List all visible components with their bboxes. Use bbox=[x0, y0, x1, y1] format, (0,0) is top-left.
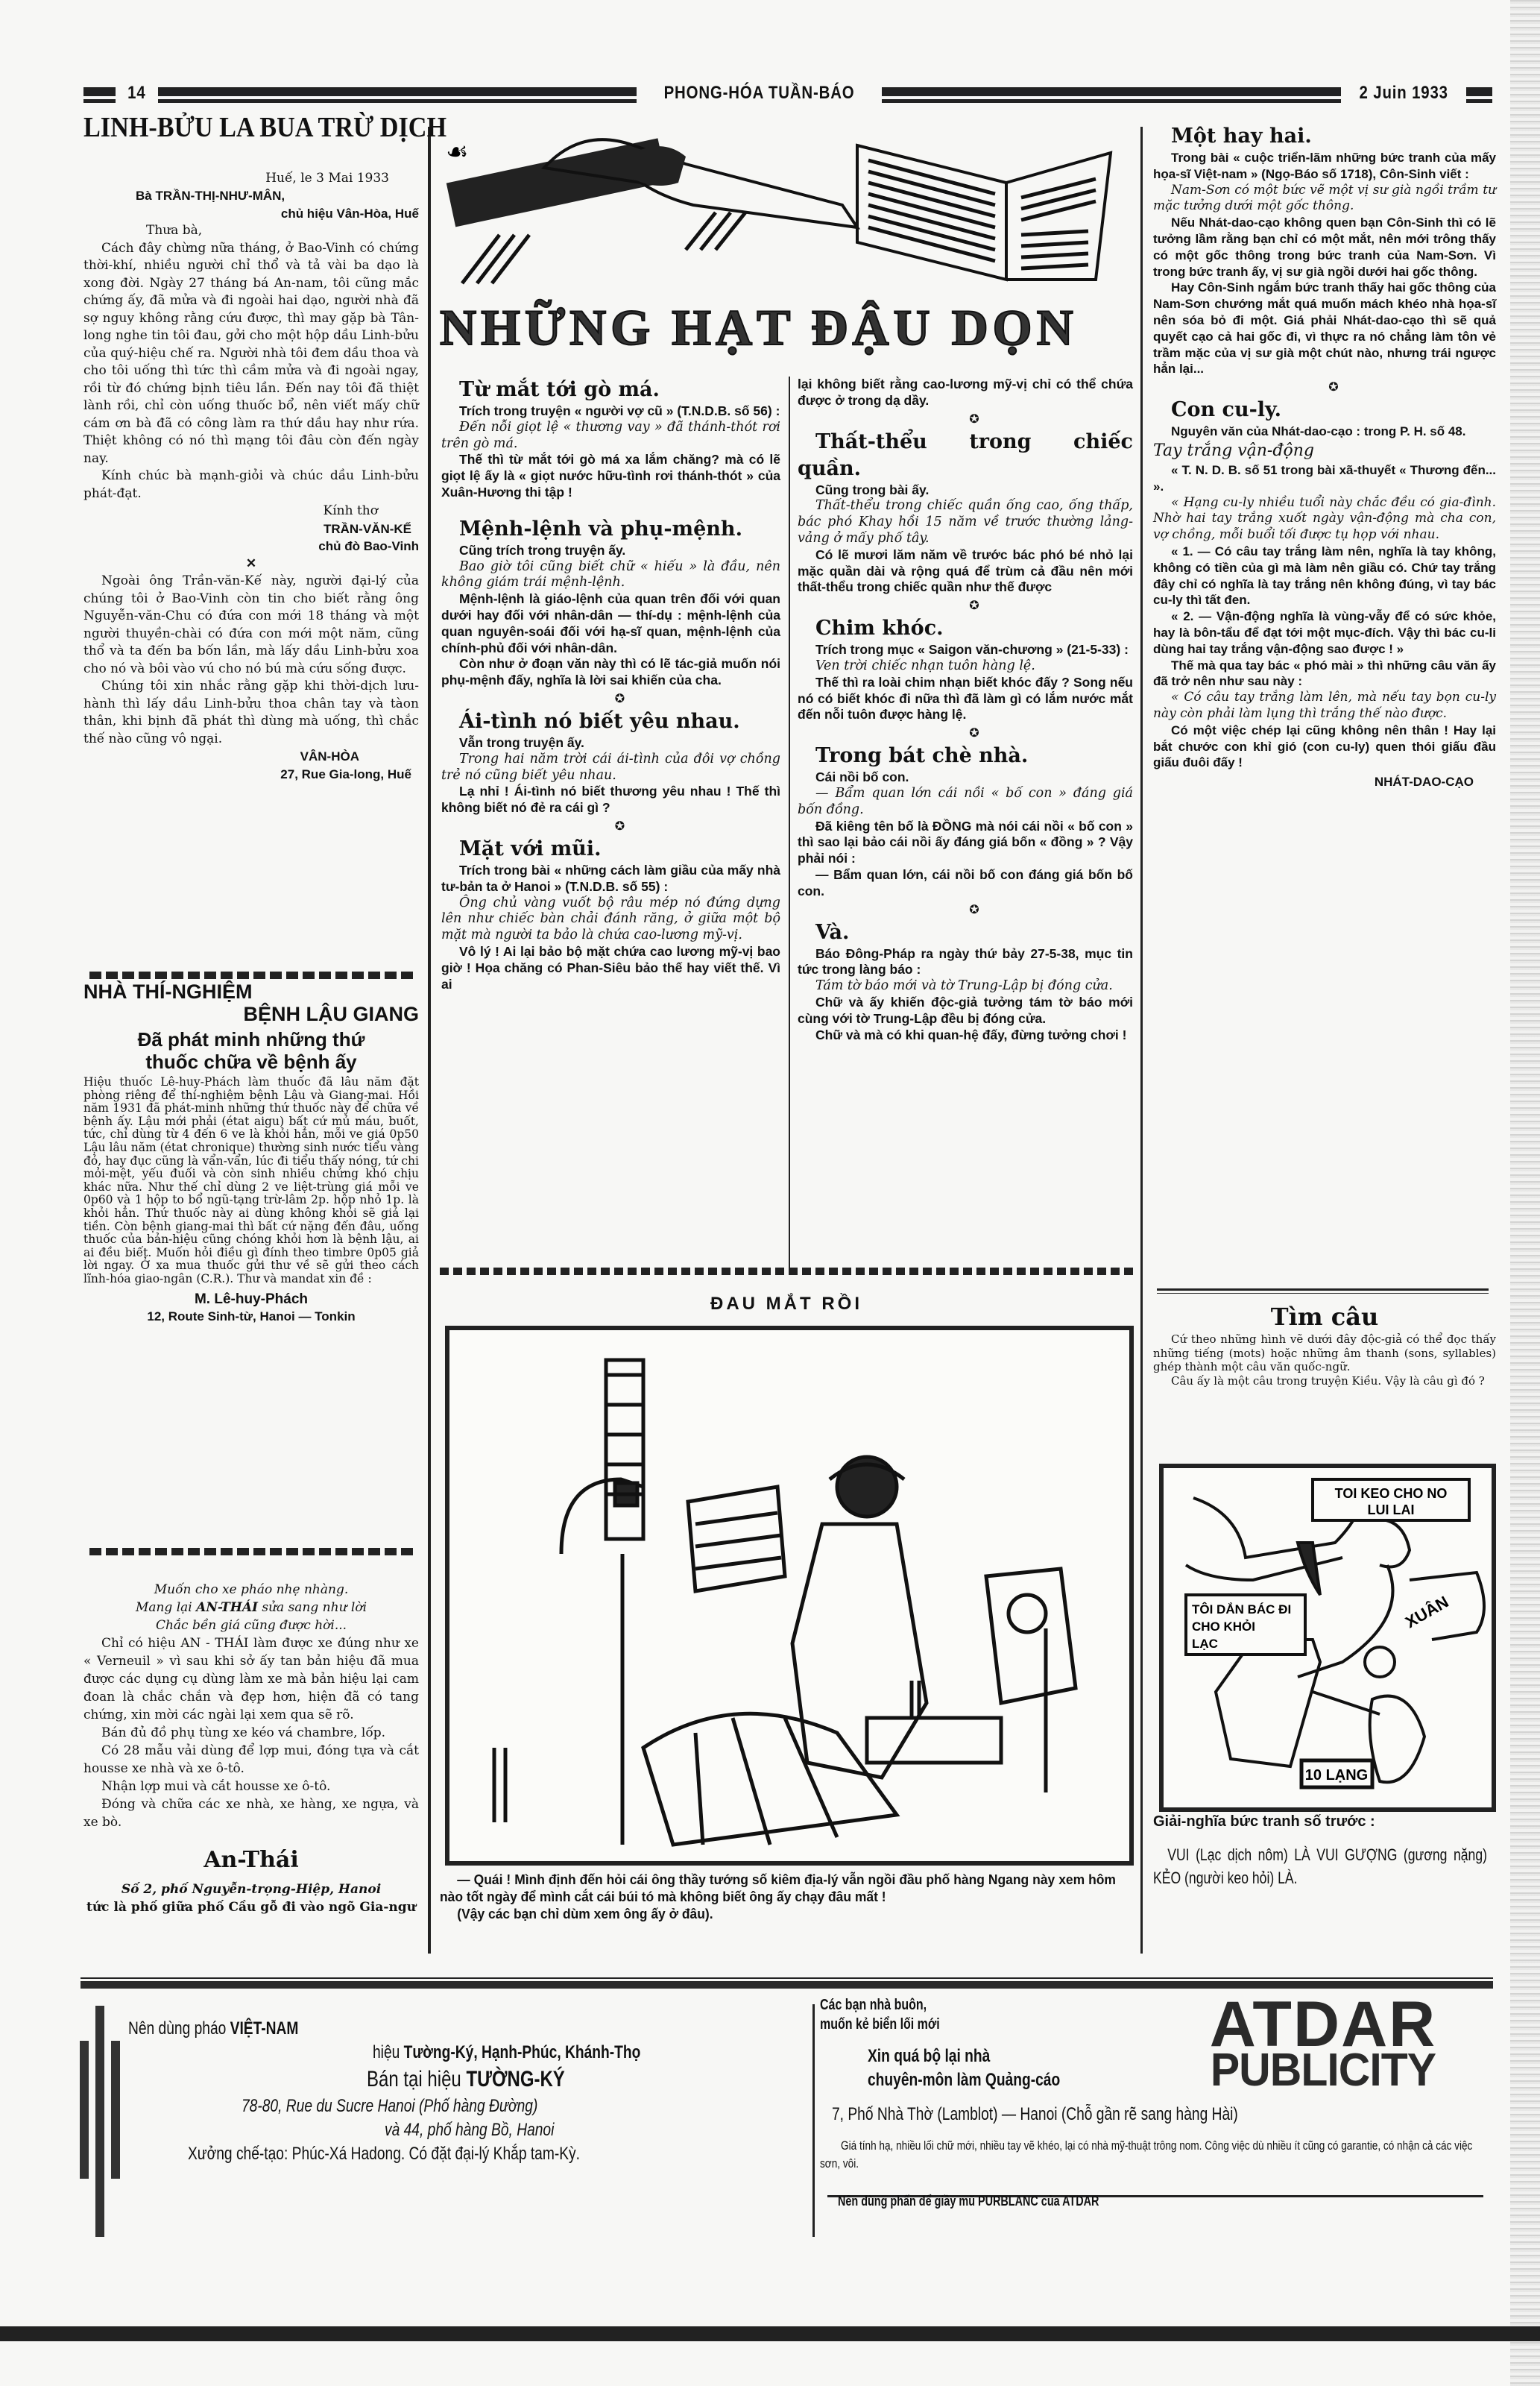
rebus-drawing: TOI KEO CHO NO LUI LAI TÔI DẮN BÁC ĐI CH… bbox=[1164, 1468, 1492, 1807]
item-cite: « T. N. D. B. số 51 trong bài xã-thuyết … bbox=[1153, 462, 1496, 495]
item-source: Cái nồi bố con. bbox=[798, 769, 1133, 786]
feature-item: Ái-tình nó biết yêu nhau. Vẫn trong truy… bbox=[441, 708, 780, 816]
ad-intro: muốn kẻ biển lối mới bbox=[820, 2015, 999, 2034]
item-quote: Tám tờ báo mới và tờ Trung-Lập bị đóng c… bbox=[798, 978, 1133, 995]
cartoon-title: ĐAU MẮT RỒI bbox=[440, 1294, 1133, 1315]
header-rule bbox=[158, 87, 637, 99]
item-source: Báo Đông-Pháp ra ngày thứ bảy 27-5-38, m… bbox=[798, 946, 1133, 979]
item-comment: Thế thì từ mắt tới gò má xa lắm chăng? m… bbox=[441, 452, 780, 500]
item-source: Vẫn trong truyện ấy. bbox=[441, 735, 780, 752]
ornament-icon: ✪ bbox=[441, 689, 780, 708]
ad-contact-address: 12, Route Sinh-từ, Hanoi — Tonkin bbox=[83, 1308, 419, 1326]
section-rule bbox=[89, 972, 417, 979]
publication-title: PHONG-HÓA TUẦN-BÁO bbox=[664, 83, 855, 104]
section-rule bbox=[89, 1548, 417, 1555]
cartoon-caption-dialogue: — Quái ! Mình định đến hỏi cái ông thầy … bbox=[440, 1872, 1116, 1906]
item-quote: Ông chủ vàng vuốt bộ râu mép nó đứng dựn… bbox=[441, 895, 780, 944]
feature-item: Mệnh-lệnh và phụ-mệnh. Cũng trích trong … bbox=[441, 516, 780, 689]
letter-closing: Kính thơ bbox=[83, 503, 419, 520]
puzzle-intro: Cứ theo những hình vẽ dưới đây độc-giả c… bbox=[1153, 1332, 1496, 1374]
letter-salutation: Thưa bà, bbox=[83, 222, 419, 240]
decorative-bar bbox=[80, 2041, 89, 2179]
item-heading: Mặt với mũi. bbox=[441, 836, 780, 863]
letter-body: Kính chúc bà mạnh-giỏi và chúc dầu Linh-… bbox=[83, 468, 419, 503]
item-quote: Ven trời chiếc nhạn tuôn hàng lệ. bbox=[798, 658, 1133, 675]
ornament-icon: ✪ bbox=[1153, 377, 1496, 397]
item-source: Cũng trích trong truyện ấy. bbox=[441, 543, 780, 559]
item-quote: — Bẩm quan lớn cái nồi « bố con » đáng g… bbox=[798, 786, 1133, 819]
feature-title: NHỮNG HẠT ĐẬU DỌN bbox=[440, 298, 1133, 357]
header-rule bbox=[83, 87, 116, 99]
letter-signer-role: chủ đò Bao-Vinh bbox=[83, 538, 419, 555]
ad-subtitle: Đã phát minh những thứ bbox=[83, 1028, 419, 1051]
lau-giang-ad: NHÀ THÍ-NGHIỆM BỆNH LẬU GIANG Đã phát mi… bbox=[83, 980, 419, 1326]
an-thai-ad: Muốn cho xe pháo nhẹ nhàng. Mang lại AN-… bbox=[83, 1581, 419, 1916]
feature-item: Mặt với mũi. Trích trong bài « những các… bbox=[441, 836, 780, 992]
puzzle-section: Tìm câu Cứ theo những hình vẽ dưới đây đ… bbox=[1153, 1301, 1496, 1388]
atdar-logo: ATDAR PUBLICITY bbox=[1163, 2001, 1483, 2094]
letter-addressee: Bà TRẦN-THỊ-NHƯ-MÂN, bbox=[83, 187, 419, 205]
ad-address: Số 2, phố Nguyễn-trọng-Hiệp, Hanoi bbox=[83, 1880, 419, 1898]
ad-details: Giá tính hạ, nhiều lối chữ mới, nhiều ta… bbox=[820, 2137, 1482, 2173]
signature-mark-icon: ☙ bbox=[446, 137, 468, 167]
answer-title: Giải-nghĩa bức tranh số trước : bbox=[1153, 1810, 1496, 1833]
decorative-bar bbox=[111, 2041, 120, 2179]
item-point: « 2. — Vận-động nghĩa là vùng-vẫy để có … bbox=[1153, 608, 1496, 657]
article-body: Chúng tôi xin nhắc rằng gặp khi thời-dịc… bbox=[83, 678, 419, 748]
item-comment: — Bẩm quan lớn, cái nồi bố con đáng giá … bbox=[798, 867, 1133, 900]
cartoon-caption-question: (Vậy các bạn chỉ dùm xem ông ấy ở đâu). bbox=[440, 1906, 1116, 1923]
cartoon-caption: — Quái ! Mình định đến hỏi cái ông thầy … bbox=[440, 1872, 1116, 1923]
item-comment: Nếu Nhát-dao-cạo không quen bạn Côn-Sinh… bbox=[1153, 215, 1496, 280]
item-heading: Và. bbox=[798, 919, 1133, 946]
ad-body: Đóng và chữa các xe nhà, xe hàng, xe ngự… bbox=[83, 1795, 419, 1831]
newspaper-illustration: ☙ bbox=[440, 123, 1133, 295]
article-body: Ngoài ông Trần-văn-Kế này, người đại-lý … bbox=[83, 573, 419, 678]
item-comment: Thế mà qua tay bác « phó mài » thì những… bbox=[1153, 658, 1496, 690]
item-source: Nguyên văn của Nhát-dao-cạo : trong P. H… bbox=[1153, 424, 1496, 440]
ad-verse: Muốn cho xe pháo nhẹ nhàng. bbox=[83, 1581, 419, 1599]
ad-brand: An-Thái bbox=[83, 1840, 419, 1880]
street-scene-drawing bbox=[449, 1330, 1129, 1861]
ad-title: BỆNH LẬU GIANG bbox=[83, 1003, 419, 1025]
item-heading: Mệnh-lệnh và phụ-mệnh. bbox=[441, 516, 780, 543]
section-rule bbox=[1157, 1293, 1489, 1294]
header-rule bbox=[1466, 87, 1492, 99]
ornament-icon: ✪ bbox=[798, 723, 1133, 743]
item-quote: Bao giờ tôi cũng biết chữ « hiếu » là đầ… bbox=[441, 559, 780, 592]
item-quote: Nam-Sơn có một bức vẽ một vị sư già ngồi… bbox=[1153, 183, 1496, 215]
author-signature: NHÁT-DAO-CẠO bbox=[1153, 774, 1496, 790]
section-rule bbox=[81, 1981, 1493, 1989]
ad-body: Nhận lợp mui và cắt housse xe ô-tô. bbox=[83, 1778, 419, 1795]
page-header: 14 PHONG-HÓA TUẦN-BÁO 2 Juin 1933 bbox=[83, 84, 1492, 103]
ad-address: 7, Phố Nhà Thờ (Lamblot) — Hanoi (Chỗ gầ… bbox=[820, 2101, 1488, 2128]
feature-item: Con cu-ly. Nguyên văn của Nhát-dao-cạo :… bbox=[1153, 397, 1496, 771]
svg-text:TÔI DẮN BÁC ĐI: TÔI DẮN BÁC ĐI bbox=[1192, 1602, 1291, 1617]
atdar-publicity-ad: Các bạn nhà buôn, muốn kẻ biển lối mới X… bbox=[820, 1995, 1491, 2212]
svg-text:CHO KHỎI: CHO KHỎI bbox=[1192, 1619, 1255, 1634]
ad-body: Có 28 mẫu vải dùng để lợp mui, đóng tựa … bbox=[83, 1742, 419, 1778]
ornament-icon: ✪ bbox=[798, 900, 1133, 919]
item-comment: lại không biết rằng cao-lương mỹ-vị chỉ … bbox=[798, 377, 1133, 409]
item-heading: Từ mắt tới gò má. bbox=[441, 377, 780, 403]
svg-text:XUÂN: XUÂN bbox=[1402, 1593, 1451, 1632]
ad-footer: Nên dùng phấn để giầy mũ PURBLANC của AT… bbox=[820, 2191, 1315, 2212]
ad-intro: Các bạn nhà buôn, bbox=[820, 1995, 999, 2015]
feature-column-2: lại không biết rằng cao-lương mỹ-vị chỉ … bbox=[798, 377, 1133, 1043]
svg-text:LẠC: LẠC bbox=[1192, 1637, 1218, 1651]
ad-title: NHÀ THÍ-NGHIỆM bbox=[83, 980, 419, 1003]
ornament-icon: ✪ bbox=[441, 816, 780, 836]
right-column: Một hay hai. Trong bài « cuộc triển-lãm … bbox=[1153, 123, 1496, 790]
ornament-icon: ✪ bbox=[798, 409, 1133, 429]
feature-item: Thất-thểu trong chiếc quần. Cũng trong b… bbox=[798, 429, 1133, 596]
shop-name: VÂN-HÒA bbox=[83, 748, 419, 766]
item-source: Trong bài « cuộc triển-lãm những bức tra… bbox=[1153, 150, 1496, 183]
item-source: Trích trong truyện « người vợ cũ » (T.N.… bbox=[441, 403, 780, 420]
feature-column-1: Từ mắt tới gò má. Trích trong truyện « n… bbox=[441, 377, 780, 992]
item-comment: Vô lý ! Ai lại bảo bộ mặt chứa cao lương… bbox=[441, 944, 780, 992]
ad-body: Bán đủ đồ phụ tùng xe kéo vá chambre, lố… bbox=[83, 1724, 419, 1742]
letter-date: Huế, le 3 Mai 1933 bbox=[83, 170, 419, 188]
ad-pitch: Xin quá bộ lại nhà bbox=[820, 2045, 1166, 2068]
item-comment: Đã kiêng tên bố là ĐỒNG mà nói cái nồi «… bbox=[798, 819, 1133, 867]
feature-item: Từ mắt tới gò má. Trích trong truyện « n… bbox=[441, 377, 780, 501]
item-point: « 1. — Có câu tay trắng làm nên, nghĩa l… bbox=[1153, 544, 1496, 608]
linh-buu-article: LINH-BỬU LA BUA TRỪ DỊCH Huế, le 3 Mai 1… bbox=[83, 119, 419, 783]
item-quote: Trong hai năm trời cái ái-tình của đôi v… bbox=[441, 752, 780, 784]
ad-body: Hiệu thuốc Lê-huy-Phách làm thuốc đã lâu… bbox=[83, 1076, 419, 1286]
item-heading: Chim khóc. bbox=[798, 615, 1133, 642]
puzzle-question: Câu ấy là một câu trong truyện Kiều. Vậy… bbox=[1153, 1374, 1496, 1388]
section-rule bbox=[1157, 1288, 1489, 1291]
item-quote-title: Tay trắng vận-động bbox=[1153, 440, 1496, 462]
feature-item: Trong bát chè nhà. Cái nồi bố con. — Bẩm… bbox=[798, 743, 1133, 899]
header-rule bbox=[882, 87, 1341, 99]
puzzle-answer: Giải-nghĩa bức tranh số trước : VUI (Lạc… bbox=[1153, 1810, 1496, 1889]
item-source: Trích trong mục « Saigon văn-chương » (2… bbox=[798, 642, 1133, 658]
item-heading: Con cu-ly. bbox=[1153, 397, 1496, 424]
ad-line: Nên dùng pháo VIỆT-NAM bbox=[128, 2017, 796, 2041]
item-comment: Còn như ở đoạn văn này thì có lẽ tác-giả… bbox=[441, 656, 780, 689]
item-quote: « Hạng cu-ly nhiều tuổi này chắc đều có … bbox=[1153, 495, 1496, 544]
item-comment: Mệnh-lệnh là giáo-lệnh của quan trên đối… bbox=[441, 591, 780, 656]
letter-body: Cách đây chừng nữa tháng, ở Bao-Vinh có … bbox=[83, 240, 419, 468]
ad-subtitle: thuốc chữa về bệnh ấy bbox=[83, 1051, 419, 1073]
item-comment: Có lẽ mươi lăm năm về trước bác phó bé n… bbox=[798, 547, 1133, 596]
feature-item: Chim khóc. Trích trong mục « Saigon văn-… bbox=[798, 615, 1133, 723]
item-comment: Lạ nhỉ ! Ái-tình nó biết thương yêu nhau… bbox=[441, 784, 780, 816]
item-comment: Hay Côn-Sinh ngắm bức tranh thấy hai gốc… bbox=[1153, 280, 1496, 377]
scan-bottom-edge bbox=[0, 2326, 1540, 2341]
section-rule bbox=[440, 1268, 1133, 1275]
decorative-bar bbox=[95, 2006, 104, 2237]
ad-contact-name: M. Lê-huy-Phách bbox=[83, 1291, 419, 1309]
puzzle-title: Tìm câu bbox=[1153, 1301, 1496, 1332]
page-number: 14 bbox=[128, 83, 146, 104]
item-heading: Trong bát chè nhà. bbox=[798, 743, 1133, 769]
bubble-text: TOI KEO CHO NO bbox=[1335, 1486, 1448, 1501]
column-divider bbox=[789, 377, 790, 1271]
ornament-icon: ✪ bbox=[798, 596, 1133, 615]
ad-workshop: Xưởng chế-tạo: Phúc-Xá Hadong. Có đặt đạ… bbox=[128, 2142, 850, 2166]
item-heading: Một hay hai. bbox=[1153, 123, 1496, 150]
item-heading: Ái-tình nó biết yêu nhau. bbox=[441, 708, 780, 735]
letter-signer: TRẦN-VĂN-KẾ bbox=[83, 520, 419, 538]
item-comment: Chữ và ấy khiến độc-giả tưởng tám tờ báo… bbox=[798, 995, 1133, 1027]
shop-address: 27, Rue Gia-long, Huế bbox=[83, 766, 419, 784]
rebus-cartoon: TOI KEO CHO NO LUI LAI TÔI DẮN BÁC ĐI CH… bbox=[1159, 1464, 1496, 1812]
phao-viet-nam-ad: Nên dùng pháo VIỆT-NAM hiệu Tường-Ký, Hạ… bbox=[128, 2017, 803, 2166]
ad-address: 78-80, Rue du Sucre Hanoi (Phố hàng Đườn… bbox=[128, 2094, 909, 2118]
item-comment: Có một việc chép lại cũng không nên thân… bbox=[1153, 723, 1496, 771]
column-divider bbox=[428, 127, 431, 1954]
scan-edge bbox=[1510, 0, 1540, 2386]
separator-icon: ✕ bbox=[83, 555, 419, 573]
ad-body: Chỉ có hiệu AN - THÁI làm được xe đúng n… bbox=[83, 1634, 419, 1724]
ad-directions: tức là phố giữa phố Cầu gỗ đi vào ngõ Gi… bbox=[83, 1898, 419, 1916]
svg-text:LUI LAI: LUI LAI bbox=[1368, 1502, 1415, 1517]
column-divider bbox=[1140, 127, 1143, 1954]
article-title: LINH-BỬU LA BUA TRỪ DỊCH bbox=[83, 119, 385, 137]
item-comment: Chữ và mà có khi quan-hệ đấy, đừng tưởng… bbox=[798, 1027, 1133, 1044]
item-comment: Thế thì ra loài chim nhạn biết khóc đấy … bbox=[798, 675, 1133, 723]
item-heading: Thất-thểu trong chiếc quần. bbox=[798, 429, 1133, 482]
issue-date: 2 Juin 1933 bbox=[1359, 83, 1448, 104]
svg-text:10 LẠNG: 10 LẠNG bbox=[1305, 1767, 1368, 1784]
item-quote: « Có câu tay trắng làm lên, mà nếu tay b… bbox=[1153, 690, 1496, 723]
item-source: Trích trong bài « những cách làm giầu củ… bbox=[441, 863, 780, 895]
answer-text: VUI (Lạc dịch nôm) LÀ VUI GƯỢNG (gương n… bbox=[1153, 1843, 1487, 1889]
letter-addressee-shop: chủ hiệu Vân-Hòa, Huế bbox=[83, 205, 419, 223]
feature-item: Một hay hai. Trong bài « cuộc triển-lãm … bbox=[1153, 123, 1496, 377]
ad-pitch: chuyên-môn làm Quảng-cáo bbox=[820, 2068, 1166, 2092]
feature-item: Và. Báo Đông-Pháp ra ngày thứ bảy 27-5-3… bbox=[798, 919, 1133, 1044]
item-source: Cũng trong bài ấy. bbox=[798, 482, 1133, 499]
ad-verse: Chắc bền giá cũng được hời... bbox=[83, 1617, 419, 1634]
section-rule bbox=[81, 1977, 1493, 1979]
ad-verse: Mang lại AN-THÁI sửa sang như lời bbox=[83, 1599, 419, 1617]
item-quote: Đến nỗi giọt lệ « thương vay » đã thánh-… bbox=[441, 420, 780, 453]
cartoon-illustration bbox=[445, 1326, 1134, 1866]
item-quote: Thất-thểu trong chiếc quần ống cao, ống … bbox=[798, 498, 1133, 547]
